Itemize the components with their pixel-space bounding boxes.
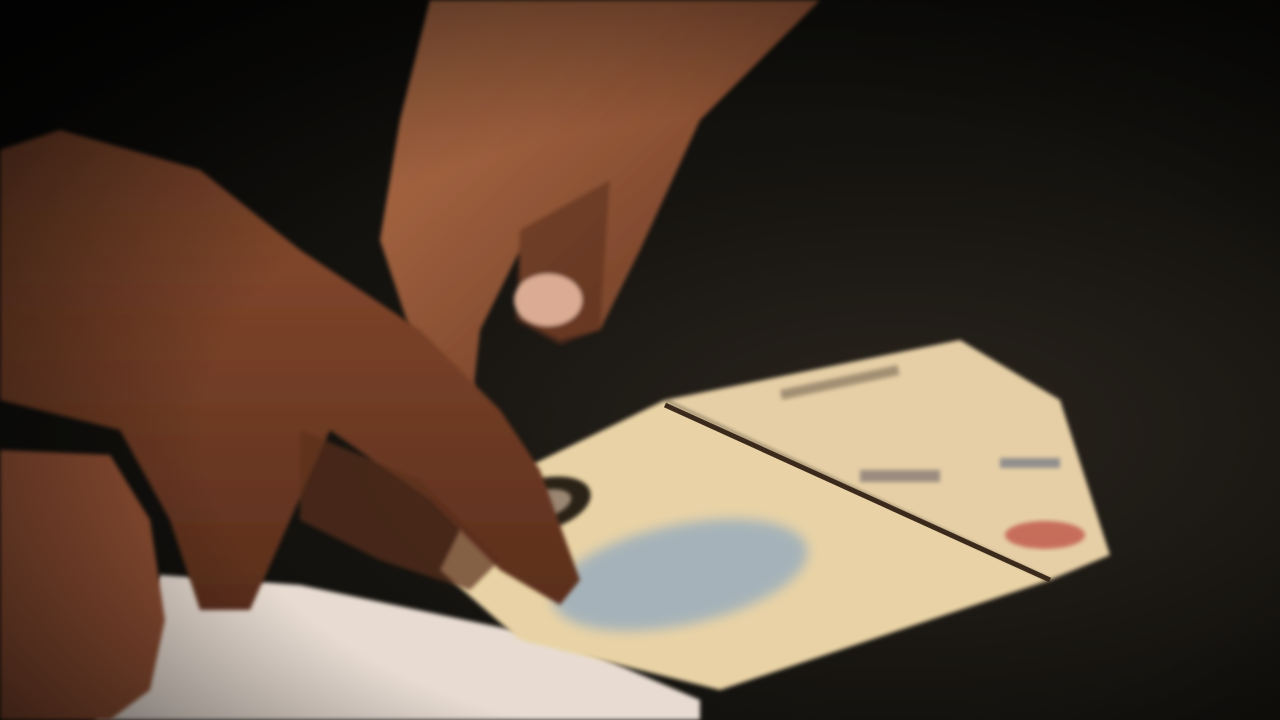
scene-canvas — [0, 0, 1280, 720]
photo-scene: Close-up photo: hands pointing at an ope… — [0, 0, 1280, 720]
